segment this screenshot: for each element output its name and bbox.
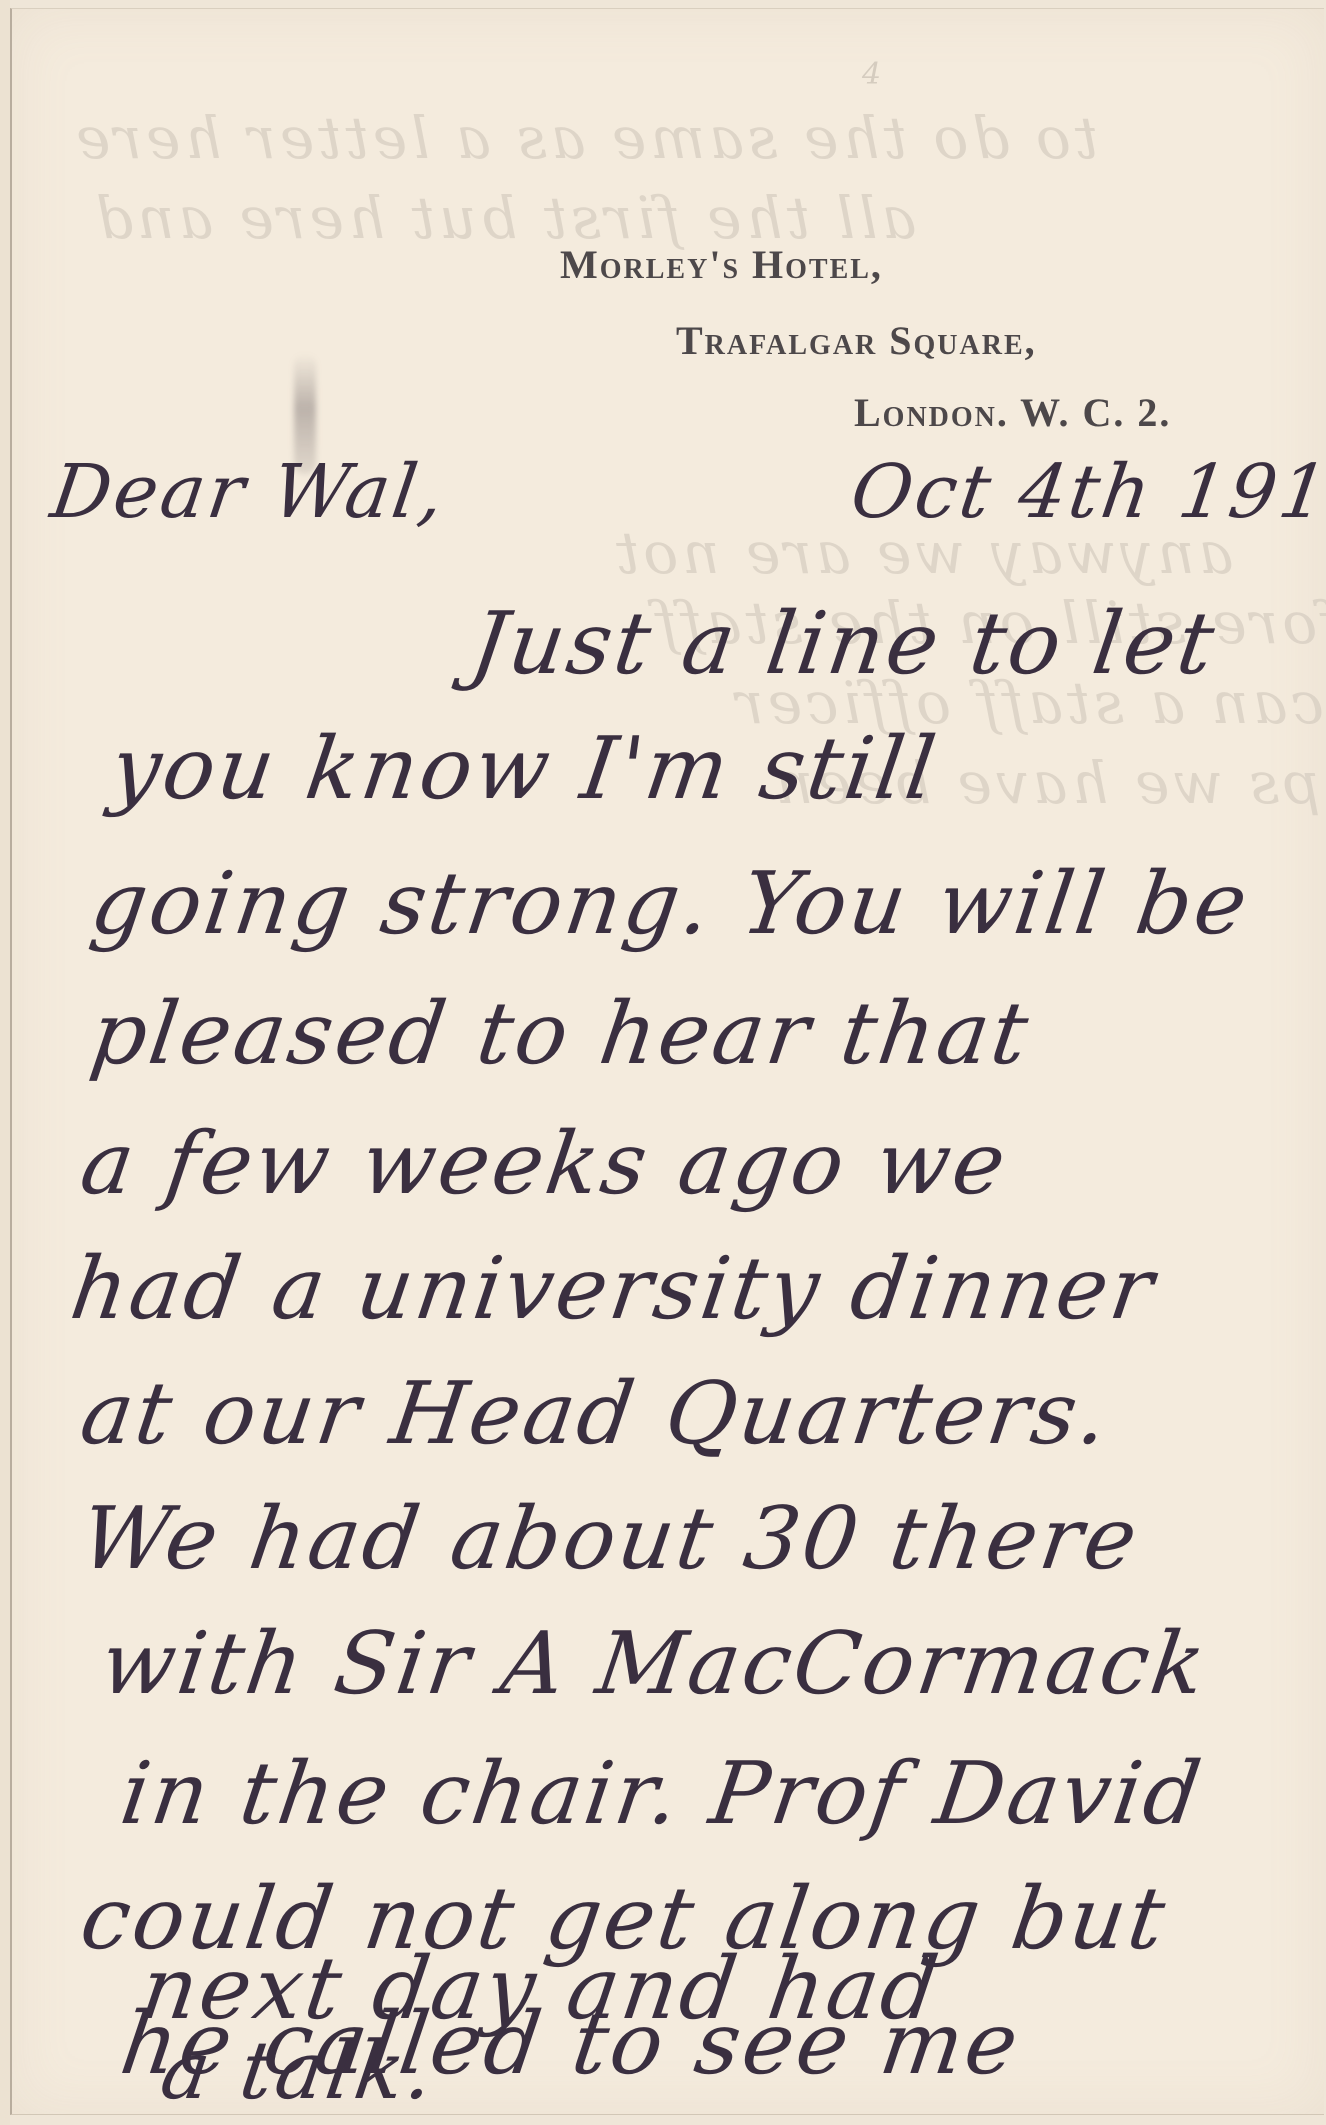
letter-date: Oct 4th 1917 bbox=[846, 449, 1326, 535]
body-line: pleased to hear that bbox=[85, 984, 1037, 1084]
body-line: you know I'm still bbox=[105, 719, 944, 819]
body-line: a few weeks ago we bbox=[75, 1114, 1014, 1214]
body-line: We had about 30 there bbox=[75, 1489, 1146, 1589]
letter-sheet: 4 to do the same as a letter here all th… bbox=[10, 8, 1324, 2115]
letterhead-street: Trafalgar Square, bbox=[676, 317, 1037, 364]
page-number-mark: 4 bbox=[862, 57, 881, 92]
letterhead-city: London. W. C. 2. bbox=[854, 389, 1171, 436]
body-line: a talk. bbox=[155, 2024, 442, 2117]
adjacent-page-edge bbox=[0, 0, 10, 2125]
body-line: Just a line to let bbox=[465, 594, 1223, 694]
body-line: at our Head Quarters. bbox=[75, 1364, 1117, 1464]
body-line: going strong. You will be bbox=[85, 854, 1256, 954]
letterhead-hotel-name: Morley's Hotel, bbox=[560, 241, 883, 288]
body-line: with Sir A MacCormack bbox=[95, 1614, 1214, 1714]
body-line: had a university dinner bbox=[65, 1239, 1162, 1339]
body-line: in the chair. Prof David bbox=[115, 1744, 1209, 1844]
bleed-through-text: to do the same as a letter here bbox=[72, 104, 1098, 172]
salutation: Dear Wal, bbox=[46, 449, 452, 535]
